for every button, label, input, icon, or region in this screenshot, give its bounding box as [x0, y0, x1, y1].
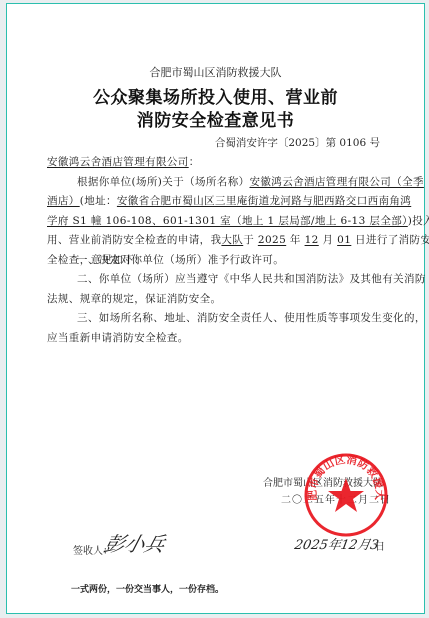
stamp-star-icon [328, 478, 364, 512]
body-line: 酒店）(地址：安徽省合肥市蜀山区三里庵街道龙河路与肥西路交口西南角鸿 [47, 194, 411, 208]
official-seal-stamp: 合肥市蜀山区消防救援大队 [303, 452, 389, 538]
recipient-line: 安徽鸿云舍酒店管理有限公司： [47, 155, 200, 169]
underlined-field: 01 [337, 234, 351, 246]
underlined-field: 大队 [221, 234, 243, 246]
body-text: (地址： [80, 195, 117, 207]
body-line: 学府 S1 幢 106-108、601-1301 室（地上 1 层局部/地上 6… [47, 214, 429, 228]
handwritten-receipt-date: 2025年12月3 [293, 534, 380, 553]
footer-copies-note: 一式两份，一份交当事人，一份存档。 [71, 582, 224, 595]
body-text: 用、营业前消防安全检查的申请，我 [47, 234, 221, 246]
body-text: 根据你单位(场所)关于（场所名称） [77, 176, 250, 188]
underlined-field: 安徽鸿云舍酒店管理有限公司（全季 [250, 176, 424, 188]
receiver-signature: 彭小兵 [101, 528, 169, 557]
title-line-1: 公众聚集场所投入使用、营业前 [7, 83, 424, 108]
document-number: 合蜀消安许字〔2025〕第 0106 号 [215, 135, 380, 150]
underlined-field: 安徽省合肥市蜀山区三里庵街道龙河路与肥西路交口西南角鸿 [117, 195, 411, 207]
body-text: )投入使 [408, 215, 429, 227]
underlined-field: 12 [305, 234, 319, 246]
underlined-field: 2025 [258, 234, 286, 246]
recipient-name: 安徽鸿云舍酒店管理有限公司 [47, 156, 189, 168]
body-line: 根据你单位(场所)关于（场所名称）安徽鸿云舍酒店管理有限公司（全季 [77, 175, 424, 189]
opinion-1: 一、决定对你单位（场所）准予行政许可。 [77, 253, 284, 267]
opinion-2-line-1: 二、你单位（场所）应当遵守《中华人民共和国消防法》及其他有关消防 [77, 272, 426, 286]
body-text: 月 [319, 234, 337, 246]
body-text: 年 [286, 234, 304, 246]
opinion-3-line-2: 应当重新申请消防安全检查。 [47, 331, 189, 345]
underlined-field: 酒店） [47, 195, 80, 207]
underlined-field: 学府 S1 幢 106-108、601-1301 室（地上 1 层局部/地上 6… [47, 215, 408, 227]
handwritten-date-day-char: 日 [375, 538, 385, 553]
opinion-2-line-2: 法规、规章的规定，保证消防安全。 [47, 292, 221, 306]
body-line: 用、营业前消防安全检查的申请，我大队于 2025 年 12 月 01 日进行了消… [47, 233, 429, 247]
body-text: 于 [243, 234, 258, 246]
issuer-header: 合肥市蜀山区消防救援大队 [7, 64, 424, 80]
recipient-colon: ： [189, 156, 200, 168]
title-line-2: 消防安全检查意见书 [7, 106, 424, 131]
body-text: 日进行了消防安 [351, 234, 429, 246]
document-page: 合肥市蜀山区消防救援大队 公众聚集场所投入使用、营业前 消防安全检查意见书 合蜀… [6, 3, 425, 614]
opinion-3-line-1: 三、如场所名称、地址、消防安全责任人、使用性质等事项发生变化的， [77, 311, 426, 325]
